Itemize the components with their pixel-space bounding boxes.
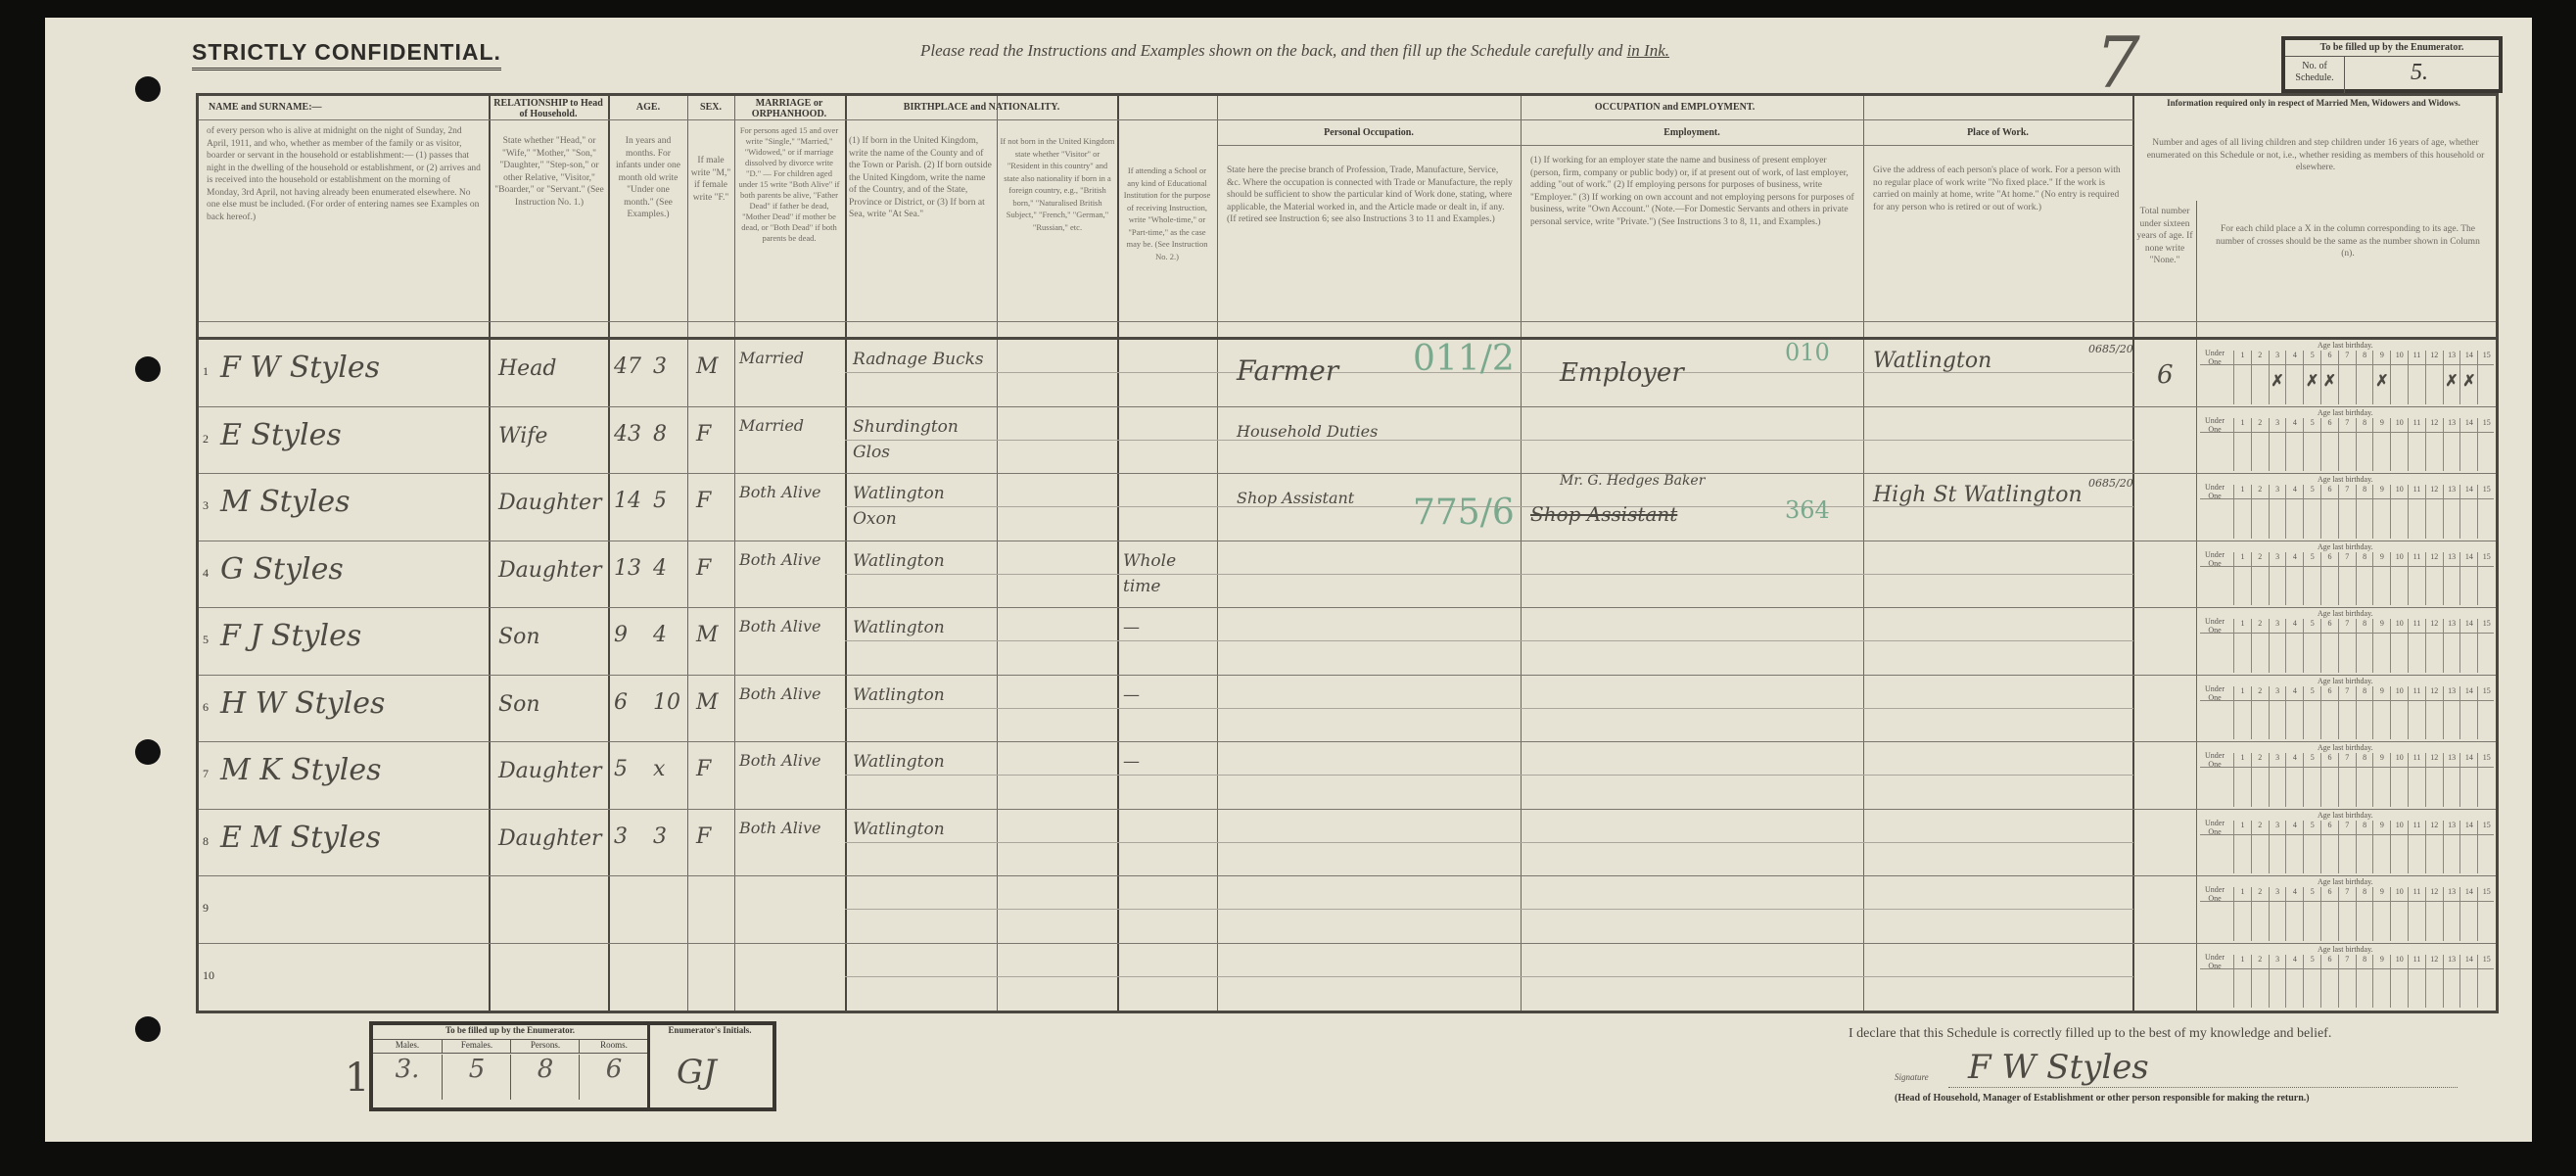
child-cross-mark: ✗ <box>2373 371 2390 391</box>
cell-marriage: Married <box>739 416 837 436</box>
grid-age-6: 6 <box>2320 552 2338 606</box>
cell-name: G Styles <box>220 552 344 587</box>
grid-age-5: 5 <box>2303 418 2320 472</box>
grid-rule <box>2200 901 2494 902</box>
grid-age-13: 13 <box>2443 887 2460 941</box>
grid-rule <box>2200 498 2494 499</box>
grid-age-2: 2 <box>2251 821 2269 874</box>
child-cross-mark: ✗ <box>2321 371 2338 391</box>
row-number: 9 <box>203 901 209 916</box>
cell-relationship: Daughter <box>498 558 602 583</box>
grid-age-14: 14 <box>2459 552 2477 606</box>
grid-age-8: 8 <box>2356 351 2373 404</box>
grid-age-11: 11 <box>2408 418 2425 472</box>
grid-age-14: 14 <box>2459 686 2477 740</box>
header-rule <box>1217 145 2133 146</box>
cell-sex: F <box>696 489 711 513</box>
row-rule <box>199 675 2496 676</box>
schedule-box-label: No. of Schedule. <box>2285 57 2345 93</box>
cell-employment: Mr. G. Hedges Baker <box>1560 473 1705 489</box>
child-cross-mark: ✗ <box>2304 371 2320 391</box>
grid-age-11: 11 <box>2408 485 2425 539</box>
grid-age-10: 10 <box>2390 955 2408 1009</box>
header-age: AGE. <box>610 102 686 113</box>
grid-age-5: 5 <box>2303 753 2320 807</box>
grid-age-13: 13 <box>2443 552 2460 606</box>
row-rule <box>199 741 2496 742</box>
grid-age-2: 2 <box>2251 351 2269 404</box>
grid-age-4: 4 <box>2285 552 2303 606</box>
grid-age-9: 9 <box>2372 485 2390 539</box>
header-birthplace: BIRTHPLACE and NATIONALITY. <box>847 102 1116 113</box>
enumerator-label-females: Females. <box>442 1040 511 1054</box>
child-age-grid: Under OneAge last birthday.1234567891011… <box>2200 679 2494 738</box>
census-form-table: NAME and SURNAME:— RELATIONSHIP to Head … <box>196 93 2499 1013</box>
grid-age-14: 14 <box>2459 821 2477 874</box>
grid-age-10: 10 <box>2390 351 2408 404</box>
grid-age-3: 3 <box>2269 955 2286 1009</box>
grid-age-8: 8 <box>2356 552 2373 606</box>
grid-age-12: 12 <box>2425 955 2443 1009</box>
grid-age-3: 3 <box>2269 485 2286 539</box>
column-divider <box>2132 96 2134 1011</box>
grid-age-8: 8 <box>2356 753 2373 807</box>
child-age-grid: Under OneAge last birthday.1234567891011… <box>2200 947 2494 1007</box>
cell-education: — <box>1123 615 1211 640</box>
grid-age-14: 14 <box>2459 887 2477 941</box>
grid-age-9: 9✗ <box>2372 351 2390 404</box>
cell-relationship: Daughter <box>498 826 602 851</box>
child-cross-mark: ✗ <box>2460 371 2477 391</box>
grid-age-3: 3 <box>2269 619 2286 673</box>
grid-title: Age last birthday. <box>2318 542 2373 551</box>
grid-age-5: 5 <box>2303 955 2320 1009</box>
cell-name: F W Styles <box>220 351 380 385</box>
grid-age-12: 12 <box>2425 351 2443 404</box>
cell-occupation: Shop Assistant <box>1237 489 1354 507</box>
header-bottom-rule <box>199 337 2496 340</box>
grid-age-6: 6 <box>2320 485 2338 539</box>
grid-age-11: 11 <box>2408 753 2425 807</box>
instructions-text: Please read the Instructions and Example… <box>920 41 1622 60</box>
cell-age-months: 4 <box>653 556 667 581</box>
grid-age-7: 7 <box>2338 955 2356 1009</box>
grid-age-14: 14 <box>2459 955 2477 1009</box>
cell-sex: F <box>696 556 711 581</box>
cell-age-months: 5 <box>653 489 667 513</box>
grid-age-7: 7 <box>2338 686 2356 740</box>
child-age-grid: Under OneAge last birthday.1234567891011… <box>2200 477 2494 537</box>
grid-rule <box>2200 432 2494 433</box>
cell-place-code: 0685/20 <box>2088 477 2133 490</box>
cell-age-years: 13 <box>614 556 641 581</box>
grid-age-1: 1 <box>2233 552 2251 606</box>
enumerator-box-title: To be filled up by the Enumerator. <box>373 1025 650 1040</box>
grid-age-11: 11 <box>2408 351 2425 404</box>
cell-employment-code: 364 <box>1785 496 1830 524</box>
grid-rule <box>2200 767 2494 768</box>
grid-age-15: 15 <box>2477 351 2495 404</box>
grid-age-7: 7 <box>2338 351 2356 404</box>
grid-age-1: 1 <box>2233 418 2251 472</box>
child-age-grid: Under OneAge last birthday.123✗45✗6✗789✗… <box>2200 343 2494 402</box>
grid-age-2: 2 <box>2251 955 2269 1009</box>
cell-birthplace: Watlington <box>853 817 990 842</box>
cell-sex: F <box>696 757 711 781</box>
grid-age-3: 3 <box>2269 552 2286 606</box>
cell-name: F J Styles <box>220 619 361 653</box>
header-name: NAME and SURNAME:— <box>209 102 483 113</box>
desc-personal-occupation: State here the precise branch of Profess… <box>1227 165 1513 226</box>
cell-name: H W Styles <box>220 686 385 721</box>
signature-caption: (Head of Household, Manager of Establish… <box>1895 1093 2310 1104</box>
grid-age-9: 9 <box>2372 552 2390 606</box>
row-rule <box>199 541 2496 541</box>
grid-age-2: 2 <box>2251 552 2269 606</box>
grid-age-12: 12 <box>2425 485 2443 539</box>
row-subrule <box>845 640 2133 641</box>
grid-age-5: 5✗ <box>2303 351 2320 404</box>
grid-age-15: 15 <box>2477 686 2495 740</box>
cell-sex: M <box>696 690 719 715</box>
column-divider <box>997 96 998 1011</box>
grid-rule <box>2200 700 2494 701</box>
confidential-heading: STRICTLY CONFIDENTIAL. <box>192 39 501 71</box>
grid-age-8: 8 <box>2356 619 2373 673</box>
grid-age-5: 5 <box>2303 552 2320 606</box>
grid-age-13: 13 <box>2443 821 2460 874</box>
grid-title: Age last birthday. <box>2318 677 2373 685</box>
grid-age-3: 3 <box>2269 753 2286 807</box>
header-relationship: RELATIONSHIP to Head of Household. <box>491 98 606 119</box>
cell-education: — <box>1123 749 1211 775</box>
grid-age-3: 3 <box>2269 686 2286 740</box>
row-subrule <box>845 842 2133 843</box>
cell-birthplace: Watlington <box>853 682 990 708</box>
row-number: 2 <box>203 432 209 447</box>
row-rule <box>199 809 2496 810</box>
desc-education: If attending a School or any kind of Edu… <box>1121 165 1213 262</box>
header-rule <box>199 119 2133 120</box>
enumerator-summary-box: To be filled up by the Enumerator. Enume… <box>369 1021 776 1111</box>
grid-age-8: 8 <box>2356 485 2373 539</box>
desc-name: of every person who is alive at midnight… <box>207 125 483 223</box>
grid-age-3: 3 <box>2269 821 2286 874</box>
signature-label: Signature <box>1895 1072 1929 1082</box>
cell-marriage: Both Alive <box>739 550 837 570</box>
column-divider <box>2196 201 2197 1011</box>
grid-age-12: 12 <box>2425 821 2443 874</box>
grid-age-12: 12 <box>2425 753 2443 807</box>
cell-age-months: 4 <box>653 623 667 647</box>
grid-age-6: 6 <box>2320 955 2338 1009</box>
signature: F W Styles <box>1968 1048 2149 1087</box>
cell-birthplace: Watlington <box>853 548 990 574</box>
cell-place-of-work: High St Watlington <box>1873 483 2083 507</box>
cell-education: Whole time <box>1123 548 1211 599</box>
cell-birthplace: Watlington <box>853 615 990 640</box>
cell-sex: F <box>696 422 711 447</box>
grid-age-5: 5 <box>2303 887 2320 941</box>
grid-age-7: 7 <box>2338 485 2356 539</box>
header-marriage: MARRIAGE or ORPHANHOOD. <box>735 98 843 119</box>
header-personal-occupation: Personal Occupation. <box>1217 127 1521 138</box>
grid-age-4: 4 <box>2285 887 2303 941</box>
column-divider <box>1217 96 1218 1011</box>
grid-title: Age last birthday. <box>2318 341 2373 350</box>
row-subrule <box>845 708 2133 709</box>
desc-employment: (1) If working for an employer state the… <box>1530 155 1855 228</box>
grid-age-2: 2 <box>2251 485 2269 539</box>
grid-age-3: 3 <box>2269 887 2286 941</box>
grid-age-6: 6 <box>2320 821 2338 874</box>
grid-title: Age last birthday. <box>2318 945 2373 954</box>
grid-age-10: 10 <box>2390 418 2408 472</box>
grid-age-1: 1 <box>2233 686 2251 740</box>
grid-title: Age last birthday. <box>2318 475 2373 484</box>
column-divider <box>489 96 491 1011</box>
grid-age-15: 15 <box>2477 753 2495 807</box>
enumerator-initials-label: Enumerator's Initials. <box>651 1025 769 1035</box>
row-subrule <box>845 909 2133 910</box>
grid-age-9: 9 <box>2372 418 2390 472</box>
grid-age-1: 1 <box>2233 753 2251 807</box>
grid-age-6: 6✗ <box>2320 351 2338 404</box>
grid-age-2: 2 <box>2251 753 2269 807</box>
cell-name: M K Styles <box>220 753 382 787</box>
grid-age-11: 11 <box>2408 821 2425 874</box>
cell-relationship: Son <box>498 625 540 649</box>
grid-age-7: 7 <box>2338 887 2356 941</box>
cell-marriage: Both Alive <box>739 483 837 502</box>
cell-age-years: 9 <box>614 623 628 647</box>
signature-line <box>1948 1087 2458 1088</box>
column-divider <box>608 96 610 1011</box>
row-subrule <box>845 976 2133 977</box>
enumerator-value-persons: 8 <box>510 1055 580 1100</box>
cell-total-children: 6 <box>2157 360 2174 390</box>
cell-age-months: 8 <box>653 422 667 447</box>
grid-age-1: 1 <box>2233 485 2251 539</box>
grid-age-9: 9 <box>2372 753 2390 807</box>
grid-age-4: 4 <box>2285 955 2303 1009</box>
grid-age-1: 1 <box>2233 351 2251 404</box>
cell-age-years: 5 <box>614 757 628 781</box>
grid-age-15: 15 <box>2477 619 2495 673</box>
enumerator-initials: GJ <box>677 1053 717 1092</box>
cell-age-months: 10 <box>653 690 680 715</box>
column-divider <box>734 96 735 1011</box>
grid-age-2: 2 <box>2251 619 2269 673</box>
header-married-info: Information required only in respect of … <box>2137 98 2490 108</box>
grid-age-7: 7 <box>2338 821 2356 874</box>
grid-age-6: 6 <box>2320 887 2338 941</box>
desc-total-children: Total number under sixteen years of age.… <box>2135 206 2194 267</box>
column-divider <box>1117 96 1119 1011</box>
grid-age-11: 11 <box>2408 955 2425 1009</box>
grid-title: Age last birthday. <box>2318 609 2373 618</box>
grid-age-15: 15 <box>2477 485 2495 539</box>
enumerator-side-mark: 1 <box>345 1056 369 1101</box>
grid-rule <box>2200 633 2494 634</box>
grid-age-13: 13 <box>2443 686 2460 740</box>
column-divider <box>1863 96 1864 1011</box>
grid-age-5: 5 <box>2303 686 2320 740</box>
grid-age-12: 12 <box>2425 619 2443 673</box>
row-rule <box>199 406 2496 407</box>
grid-rule <box>2200 566 2494 567</box>
child-age-grid: Under OneAge last birthday.1234567891011… <box>2200 745 2494 805</box>
child-cross-mark: ✗ <box>2444 371 2460 391</box>
grid-age-10: 10 <box>2390 821 2408 874</box>
cell-marriage: Both Alive <box>739 684 837 704</box>
row-rule <box>199 943 2496 944</box>
grid-age-13: 13 <box>2443 955 2460 1009</box>
grid-age-15: 15 <box>2477 955 2495 1009</box>
grid-age-6: 6 <box>2320 418 2338 472</box>
enumerator-value-males: 3. <box>373 1055 442 1100</box>
grid-age-10: 10 <box>2390 485 2408 539</box>
desc-marriage: For persons aged 15 and over write "Sing… <box>737 125 841 244</box>
cell-birthplace: Radnage Bucks <box>853 347 990 372</box>
header-sex: SEX. <box>688 102 733 113</box>
schedule-number-value: 5. <box>2346 57 2493 89</box>
grid-title: Age last birthday. <box>2318 743 2373 752</box>
instructions-emphasis: in Ink. <box>1627 41 1669 60</box>
grid-age-13: 13 <box>2443 753 2460 807</box>
fill-instructions: Please read the Instructions and Example… <box>920 41 1669 61</box>
binder-hole <box>135 76 161 102</box>
grid-age-8: 8 <box>2356 955 2373 1009</box>
grid-age-9: 9 <box>2372 686 2390 740</box>
grid-age-10: 10 <box>2390 619 2408 673</box>
grid-age-6: 6 <box>2320 753 2338 807</box>
grid-age-3: 3✗ <box>2269 351 2286 404</box>
grid-age-14: 14 <box>2459 619 2477 673</box>
grid-age-10: 10 <box>2390 887 2408 941</box>
cell-birthplace: Watlington Oxon <box>853 481 990 532</box>
grid-age-6: 6 <box>2320 686 2338 740</box>
grid-age-14: 14 <box>2459 485 2477 539</box>
desc-married-info: Number and ages of all living children a… <box>2141 137 2490 174</box>
grid-age-13: 13 <box>2443 418 2460 472</box>
grid-age-11: 11 <box>2408 552 2425 606</box>
declaration-text: I declare that this Schedule is correctl… <box>1849 1026 2331 1042</box>
enumerator-value-rooms: 6 <box>579 1055 648 1100</box>
cell-relationship: Daughter <box>498 491 602 515</box>
cell-age-months: 3 <box>653 354 667 379</box>
cell-sex: M <box>696 354 719 379</box>
grid-age-10: 10 <box>2390 552 2408 606</box>
grid-age-4: 4 <box>2285 686 2303 740</box>
grid-age-2: 2 <box>2251 418 2269 472</box>
cell-relationship: Head <box>498 356 556 381</box>
grid-age-9: 9 <box>2372 955 2390 1009</box>
grid-age-1: 1 <box>2233 955 2251 1009</box>
cell-name: E M Styles <box>220 821 381 855</box>
grid-age-7: 7 <box>2338 753 2356 807</box>
cell-age-years: 3 <box>614 824 628 849</box>
cell-age-months: 3 <box>653 824 667 849</box>
child-age-grid: Under OneAge last birthday.1234567891011… <box>2200 410 2494 470</box>
header-employment: Employment. <box>1521 127 1863 138</box>
header-place-of-work: Place of Work. <box>1863 127 2132 138</box>
grid-age-7: 7 <box>2338 552 2356 606</box>
grid-age-4: 4 <box>2285 619 2303 673</box>
cell-occupation: Farmer <box>1237 354 1338 387</box>
grid-age-13: 13 <box>2443 485 2460 539</box>
row-subrule <box>845 574 2133 575</box>
grid-age-4: 4 <box>2285 418 2303 472</box>
column-divider <box>845 96 847 1011</box>
cell-birthplace: Watlington <box>853 749 990 775</box>
row-rule <box>199 473 2496 474</box>
letter-rule <box>199 321 2496 322</box>
grid-age-4: 4 <box>2285 485 2303 539</box>
row-rule <box>199 875 2496 876</box>
grid-rule <box>2200 834 2494 835</box>
row-number: 3 <box>203 498 209 513</box>
grid-age-8: 8 <box>2356 686 2373 740</box>
cell-marriage: Both Alive <box>739 819 837 838</box>
grid-age-4: 4 <box>2285 351 2303 404</box>
desc-birthplace: (1) If born in the United Kingdom, write… <box>849 135 994 221</box>
schedule-number-box: To be filled up by the Enumerator. No. o… <box>2281 36 2503 93</box>
grid-age-14: 14✗ <box>2459 351 2477 404</box>
grid-age-13: 13 <box>2443 619 2460 673</box>
grid-age-5: 5 <box>2303 619 2320 673</box>
grid-title: Age last birthday. <box>2318 877 2373 886</box>
child-age-grid: Under OneAge last birthday.1234567891011… <box>2200 879 2494 939</box>
cell-name: E Styles <box>220 418 342 452</box>
desc-age: In years and months. For infants under o… <box>612 135 684 221</box>
cell-education: — <box>1123 682 1211 708</box>
cell-age-years: 47 <box>614 354 641 379</box>
cell-employment-struck: Shop Assistant <box>1530 502 1677 526</box>
grid-age-12: 12 <box>2425 418 2443 472</box>
grid-age-7: 7 <box>2338 619 2356 673</box>
grid-age-10: 10 <box>2390 686 2408 740</box>
enumerator-label-persons: Persons. <box>510 1040 580 1054</box>
row-subrule <box>845 775 2133 776</box>
cell-age-years: 6 <box>614 690 628 715</box>
row-number: 10 <box>203 968 214 983</box>
grid-age-15: 15 <box>2477 552 2495 606</box>
grid-age-4: 4 <box>2285 753 2303 807</box>
grid-age-12: 12 <box>2425 552 2443 606</box>
row-rule <box>199 607 2496 608</box>
row-number: 7 <box>203 767 209 781</box>
cell-marriage: Both Alive <box>739 751 837 771</box>
grid-age-14: 14 <box>2459 418 2477 472</box>
grid-age-7: 7 <box>2338 418 2356 472</box>
grid-age-8: 8 <box>2356 821 2373 874</box>
cell-name: M Styles <box>220 485 351 519</box>
grid-title: Age last birthday. <box>2318 811 2373 820</box>
child-age-grid: Under OneAge last birthday.1234567891011… <box>2200 544 2494 604</box>
cell-employment: Employer <box>1560 358 1684 388</box>
cell-sex: F <box>696 824 711 849</box>
cell-employment-code: 010 <box>1785 339 1830 366</box>
enumerator-value-females: 5 <box>442 1055 511 1100</box>
grid-age-1: 1 <box>2233 821 2251 874</box>
desc-place-of-work: Give the address of each person's place … <box>1873 165 2126 213</box>
cell-age-months: x <box>653 757 665 781</box>
grid-age-10: 10 <box>2390 753 2408 807</box>
child-age-grid: Under OneAge last birthday.1234567891011… <box>2200 813 2494 872</box>
grid-rule <box>2200 968 2494 969</box>
binder-hole <box>135 1016 161 1042</box>
